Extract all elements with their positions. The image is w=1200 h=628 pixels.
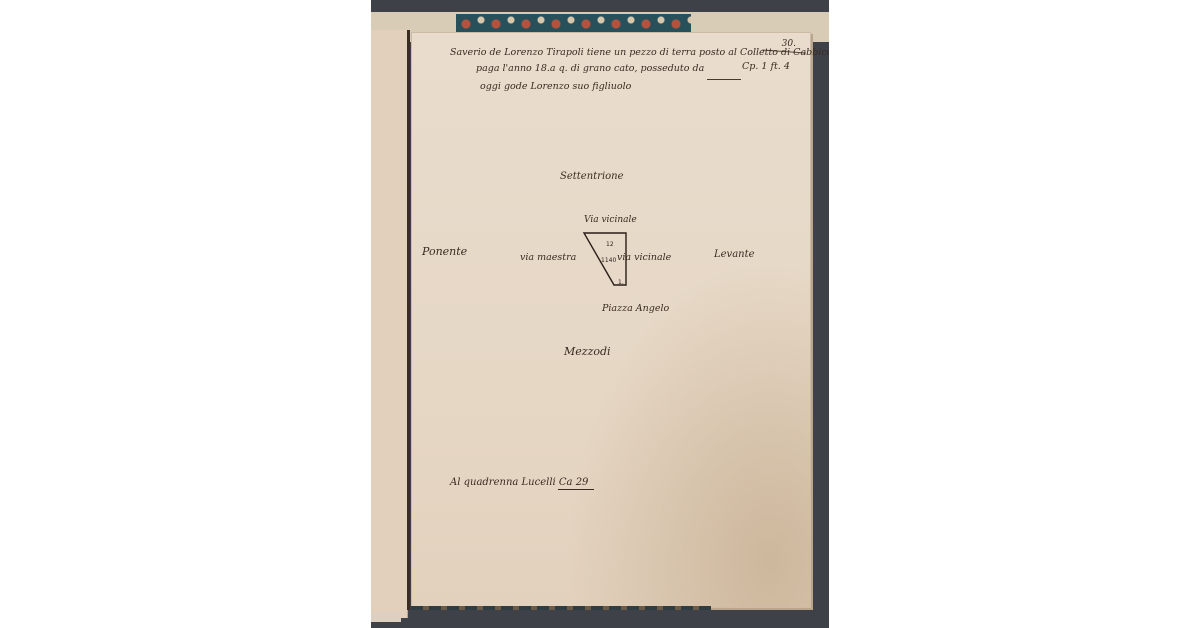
label-left-road: via maestra: [520, 252, 576, 263]
header-line-2: paga l'anno 18.a q. di grano cato, posse…: [476, 63, 704, 74]
amount-leader-line: [707, 79, 741, 80]
footer-note: Al quadrenna Lucelli Ca 29: [450, 477, 588, 488]
manuscript-scan: 30. Saverio de Lorenzo Tirapoli tiene un…: [371, 0, 829, 628]
marbled-endpaper: [456, 14, 691, 34]
facing-page-edge: [371, 30, 408, 618]
book-gutter: [407, 30, 410, 610]
header-amount: Cp. 1 ft. 4: [742, 61, 790, 72]
facing-page-corner: [371, 612, 401, 622]
label-bottom-neighbor: Piazza Angelo: [602, 303, 669, 314]
land-plot-diagram: 12 1140 1.: [584, 233, 626, 287]
measure-bottom: 1.: [618, 279, 624, 286]
label-north: Settentrione: [560, 171, 624, 182]
label-west: Ponente: [422, 245, 467, 258]
manuscript-page: 30. Saverio de Lorenzo Tirapoli tiene un…: [411, 32, 811, 608]
footer-underline: [558, 489, 594, 490]
header-line-3: oggi gode Lorenzo suo figliuolo: [480, 81, 631, 92]
header-line-1: Saverio de Lorenzo Tirapoli tiene un pez…: [450, 47, 829, 58]
label-south: Mezzodi: [564, 345, 611, 358]
measure-top: 12: [606, 241, 614, 248]
label-top-road: Via vicinale: [584, 215, 637, 225]
page-bottom-edge: [411, 606, 711, 610]
label-east: Levante: [714, 249, 755, 260]
measure-side: 1140: [601, 257, 616, 264]
